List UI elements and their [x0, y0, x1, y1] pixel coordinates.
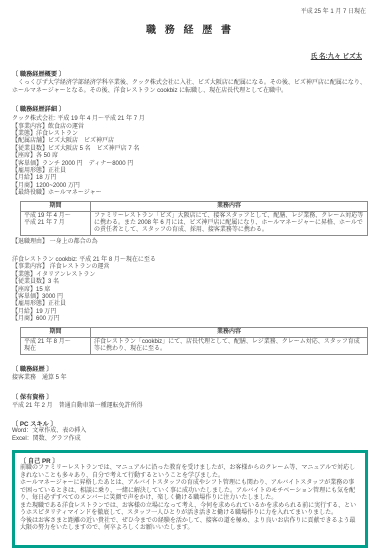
job1-table-cell-period: 平成 19 年 4 月～ 平成 21 年 7 月 [21, 211, 91, 236]
section-heading-career-total: 〔 職務経歴 〕 [12, 364, 368, 373]
table-row: 平成 19 年 4 月～ 平成 21 年 7 月 ファミリーレストラン「ビズ」大… [21, 211, 368, 236]
job1-field-employment: 【雇用形態】正社員 [12, 168, 368, 175]
job1-field-position: 【最終役職】ホールマネージャー [12, 190, 368, 197]
job2-field-salary: 【月給】19 万円 [12, 309, 368, 316]
self-pr-highlight-box: 〔 自己 PR 〕 前職のファミリーレストランでは、マニュアルに沿った教育を受け… [12, 450, 368, 548]
job1-leave-reason: 【退職理由】 一身上の都合の為 [12, 239, 368, 246]
job2-table-cell-period: 平成 21 年 8 月～ 現在 [21, 337, 91, 354]
table-header-row: 期間 業務内容 [21, 327, 368, 337]
table-row: 平成 21 年 8 月～ 現在 洋食レストラン「cookbiz」にて、店長代理と… [21, 337, 368, 354]
document-title: 職 務 経 歴 書 [12, 21, 368, 36]
job2-field-business: 【事業内容】 洋食レストランの運営 [12, 264, 368, 271]
license-text: 平成 21 年 2 月 普通自動車第一種運転免許所得 [12, 403, 368, 411]
resume-document-page: 平成 25 年 1 月 7 日現在 職 務 経 歴 書 氏 名:九々 ビズ太 〔… [0, 0, 380, 554]
job1-company-period: クック株式会社: 平成 19 年 4 月～平成 21 年 7 月 [12, 116, 368, 123]
job1-field-seats: 【座席】各 50 席 [12, 153, 368, 160]
job1-field-price: 【客単価】ランチ 2000 円 ディナー8000 円 [12, 161, 368, 168]
job2-field-staff: 【従業員数】3 名 [12, 279, 368, 286]
pc-skill-word: Word：文章作成、表の挿入 [12, 428, 368, 435]
job2-table-cell-duty: 洋食レストラン「cookbiz」にて、店長代理として、配膳、レジ業務、クレーム対… [91, 337, 368, 354]
section-heading-pc-skill: 〔 PC スキル 〕 [12, 419, 368, 428]
section-heading-overview: 〔 職務経歴概要 〕 [12, 69, 368, 78]
career-total-text: 接客業務 通算 5 年 [12, 375, 368, 383]
self-pr-paragraph-3: また現職である洋食レストランでは、お客様の立場になって考え、今何を求められている… [20, 503, 360, 518]
job2-field-type: 【業態】イタリアンレストラン [12, 272, 368, 279]
job1-field-staff: 【従業員数】ビズ大阪店 5 名 ビズ神戸店 7 名 [12, 146, 368, 153]
table-header-duty: 業務内容 [91, 327, 368, 337]
job2-history-table: 期間 業務内容 平成 21 年 8 月～ 現在 洋食レストラン「cookbiz」… [20, 327, 368, 356]
table-header-duty: 業務内容 [91, 201, 368, 211]
spacer [12, 247, 368, 254]
self-pr-paragraph-1: 前職のファミリーレストランでは、マニュアルに沿った教育を受けましたが、お客様から… [20, 465, 360, 480]
job1-history-table: 期間 業務内容 平成 19 年 4 月～ 平成 21 年 7 月 ファミリーレス… [20, 201, 368, 237]
job2-field-employment: 【雇用形態】正社員 [12, 301, 368, 308]
job1-field-salary: 【月給】18 万円 [12, 175, 368, 182]
job1-field-business: 【事業内容】飲食店の運営 [12, 124, 368, 131]
section-heading-self-pr: 〔 自己 PR 〕 [20, 456, 360, 465]
table-header-period: 期間 [21, 327, 91, 337]
table-header-period: 期間 [21, 201, 91, 211]
overview-text: くっくびず大学経済学部経済学科卒業後、クック株式会社に入社、ビズ大阪店に配属にな… [12, 80, 368, 95]
document-date: 平成 25 年 1 月 7 日現在 [12, 8, 368, 16]
name-field: 氏 名:九々 ビズ太 [12, 51, 368, 60]
job2-field-revenue: 【月商】600 万円 [12, 316, 368, 323]
job2-field-seats: 【座席】15 席 [12, 287, 368, 294]
section-heading-license: 〔 保有資格 〕 [12, 392, 368, 401]
job1-field-stores: 【配属店舗】ビズ大阪店 ビズ神戸店 [12, 138, 368, 145]
table-header-row: 期間 業務内容 [21, 201, 368, 211]
name-text: 氏 名:九々 ビズ太 [311, 53, 362, 60]
pc-skill-excel: Excel：関数、グラフ作成 [12, 436, 368, 443]
job1-table-cell-duty: ファミリーレストラン「ビズ」大阪店にて、接客スタッフとして、配膳、レジ業務、クレ… [91, 211, 368, 236]
self-pr-paragraph-2: ホールマネージャーに昇格したあとは、アルバイトスタッフの育成やシフト管理にも関わ… [20, 480, 360, 503]
section-heading-detail: 〔 職務経歴詳細 〕 [12, 104, 368, 113]
self-pr-paragraph-4: 今後はお客さまと距離の近い貴社で、ぜひ今までの経験を活かして、接客の道を極め、よ… [20, 518, 360, 533]
